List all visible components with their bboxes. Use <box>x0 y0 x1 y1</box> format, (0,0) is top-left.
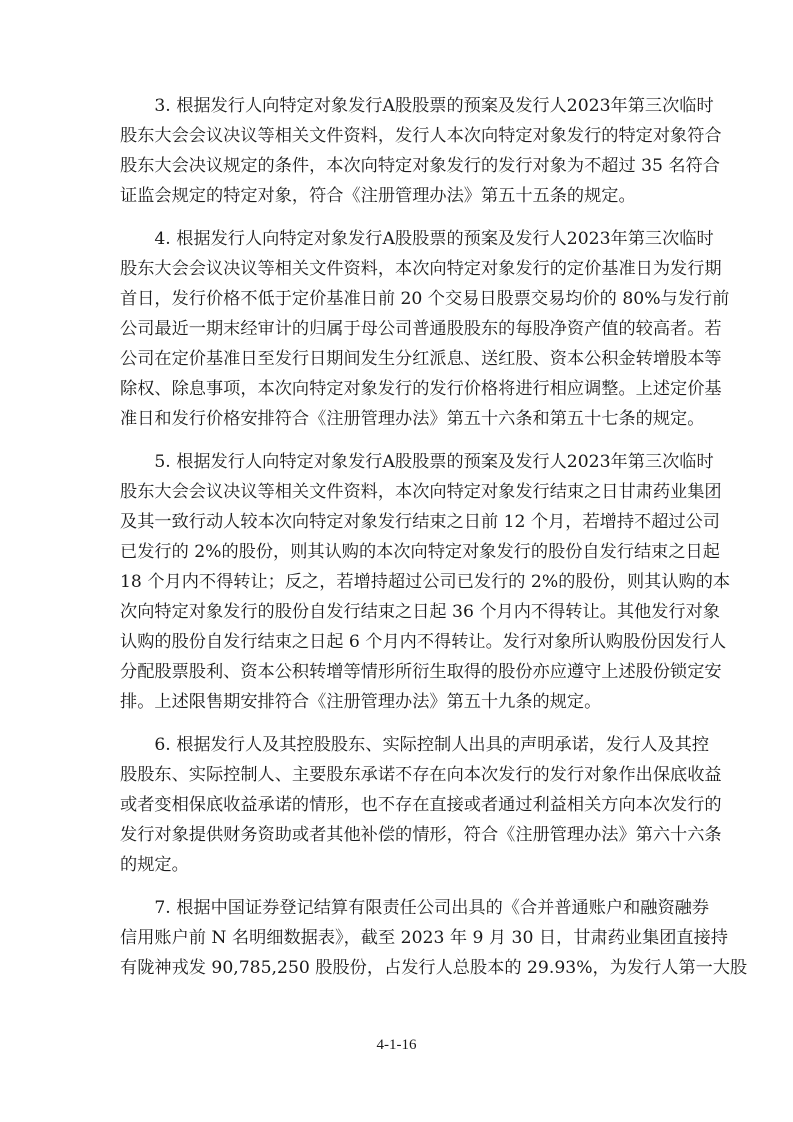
paragraph-5: 5. 根据发行人向特定对象发行A股股票的预案及发行人2023年第三次临时 股东大… <box>120 447 683 717</box>
text-line: 证监会规定的特定对象，符合《注册管理办法》第五十五条的规定。 <box>120 181 683 211</box>
text-line: 6. 根据发行人及其控股股东、实际控制人出具的声明承诺，发行人及其控 <box>120 730 683 760</box>
paragraph-3: 3. 根据发行人向特定对象发行A股股票的预案及发行人2023年第三次临时 股东大… <box>120 91 683 211</box>
text-line: 认购的股份自发行结束之日起 6 个月内不得转让。发行对象所认购股份因发行人 <box>120 627 683 657</box>
text-line: 股东大会会议决议等相关文件资料，本次向特定对象发行结束之日甘肃药业集团 <box>120 477 683 507</box>
text-line: 信用账户前 N 名明细数据表》，截至 2023 年 9 月 30 日，甘肃药业集… <box>120 923 683 953</box>
text-line: 分配股票股利、资本公积转增等情形所衍生取得的股份亦应遵守上述股份锁定安 <box>120 657 683 687</box>
text-line: 及其一致行动人较本次向特定对象发行结束之日前 12 个月，若增持不超过公司 <box>120 507 683 537</box>
text-line: 股东大会会议决议等相关文件资料，本次向特定对象发行的定价基准日为发行期 <box>120 254 683 284</box>
text-line: 公司在定价基准日至发行日期间发生分红派息、送红股、资本公积金转增股本等 <box>120 344 683 374</box>
text-line: 股股东、实际控制人、主要股东承诺不存在向本次发行的发行对象作出保底收益 <box>120 760 683 790</box>
paragraph-6: 6. 根据发行人及其控股股东、实际控制人出具的声明承诺，发行人及其控 股股东、实… <box>120 730 683 880</box>
paragraph-7: 7. 根据中国证券登记结算有限责任公司出具的《合并普通账户和融资融券 信用账户前… <box>120 893 683 983</box>
text-line: 股东大会决议规定的条件，本次向特定对象发行的发行对象为不超过 35 名符合 <box>120 151 683 181</box>
text-line: 次向特定对象发行的股份自发行结束之日起 36 个月内不得转让。其他发行对象 <box>120 597 683 627</box>
text-line: 4. 根据发行人向特定对象发行A股股票的预案及发行人2023年第三次临时 <box>120 224 683 254</box>
text-line: 发行对象提供财务资助或者其他补偿的情形，符合《注册管理办法》第六十六条 <box>120 820 683 850</box>
text-line: 除权、除息事项，本次向特定对象发行的发行价格将进行相应调整。上述定价基 <box>120 374 683 404</box>
text-line: 股东大会会议决议等相关文件资料，发行人本次向特定对象发行的特定对象符合 <box>120 121 683 151</box>
text-line: 5. 根据发行人向特定对象发行A股股票的预案及发行人2023年第三次临时 <box>120 447 683 477</box>
text-line: 排。上述限售期安排符合《注册管理办法》第五十九条的规定。 <box>120 687 683 717</box>
text-line: 或者变相保底收益承诺的情形，也不存在直接或者通过利益相关方向本次发行的 <box>120 790 683 820</box>
text-line: 公司最近一期末经审计的归属于母公司普通股股东的每股净资产值的较高者。若 <box>120 314 683 344</box>
text-line: 的规定。 <box>120 850 683 880</box>
text-line: 7. 根据中国证券登记结算有限责任公司出具的《合并普通账户和融资融券 <box>120 893 683 923</box>
text-line: 准日和发行价格安排符合《注册管理办法》第五十六条和第五十七条的规定。 <box>120 404 683 434</box>
page-number: 4-1-16 <box>0 1037 793 1054</box>
text-line: 18 个月内不得转让；反之，若增持超过公司已发行的 2%的股份，则其认购的本 <box>120 567 683 597</box>
document-body: 3. 根据发行人向特定对象发行A股股票的预案及发行人2023年第三次临时 股东大… <box>120 91 683 996</box>
text-line: 3. 根据发行人向特定对象发行A股股票的预案及发行人2023年第三次临时 <box>120 91 683 121</box>
paragraph-4: 4. 根据发行人向特定对象发行A股股票的预案及发行人2023年第三次临时 股东大… <box>120 224 683 434</box>
text-line: 首日，发行价格不低于定价基准日前 20 个交易日股票交易均价的 80%与发行前 <box>120 284 683 314</box>
text-line: 有陇神戎发 90,785,250 股股份，占发行人总股本的 29.93%，为发行… <box>120 953 683 983</box>
text-line: 已发行的 2%的股份，则其认购的本次向特定对象发行的股份自发行结束之日起 <box>120 537 683 567</box>
